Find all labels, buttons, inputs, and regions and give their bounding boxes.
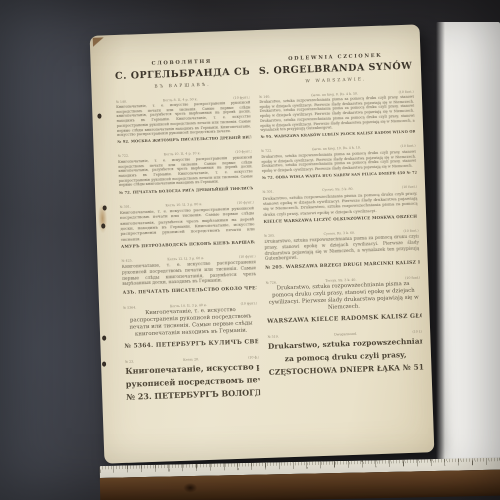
specimen-number: № 301. [262, 190, 273, 194]
foundry-city-ru: ВЪ ВАРШАВѢ. [115, 81, 249, 91]
russian-column: СЛОВОЛИТНЯ С. ОРГЕЛЬБРАНДА СЫНОВЕЙ ВЪ ВА… [115, 57, 263, 462]
specimen-weight-note: (10 funt.) [399, 89, 414, 94]
specimen-block: № 5364.Кегль 14. Ц. 3 р. 40 к.(10 фунт.)… [123, 301, 259, 350]
specimen-paragraph: Книгопечатаніе, т. е. искусство распрост… [123, 306, 258, 339]
specimen-size-price: Tercya. Rs. 3 k. 40. [325, 277, 356, 282]
specimen-weight-note: (10 funt.) [402, 185, 417, 190]
specimen-weight-note: (10 funt.) [403, 229, 418, 234]
specimen-number: № 726. [266, 280, 277, 284]
specimen-size-price: Кегль 10. Ц. 4 р. 10 к. [164, 152, 201, 157]
left-column-blocks: № 140.Кегль 8. Ц. 4 р. 50 к.(10 фунт.)Кн… [116, 95, 261, 414]
specimen-size-price: Cycero. Rs. 3 k. 80. [322, 187, 354, 192]
specimen-size-price: Cycero. Rs. 3 k. 60. [324, 231, 356, 236]
specimen-number: № 23. [125, 359, 134, 363]
specimen-number: № 205. [264, 234, 275, 238]
specimen-size-price: Кегль 14. Ц. 3 р. 40 к. [170, 303, 207, 308]
polish-column: ODLEWNIA CZCIONEK S. ORGELBRANDA SYNÓW W… [258, 52, 427, 458]
specimen-paragraph: Drukarstwo, sztuka rozpowszechniania pis… [263, 190, 418, 217]
specimen-paragraph: Drukarstwo, sztuka rozpowszechniania pis… [266, 281, 422, 314]
specimen-size-price: Кегль 8. Ц. 4 р. 50 к. [163, 97, 198, 102]
specimen-block: № 425.Кегль 12. Ц. 3 р. 60 к.(10 фунт.)К… [121, 255, 257, 296]
specimen-weight-note: (10 f.) [412, 329, 422, 333]
specimen-weight-note: (10 funt.) [400, 144, 415, 149]
specimen-paragraph: Drukarstwo, sztuka rozpowszechniania pis… [261, 149, 416, 173]
specimen-weight-note: (10 фунт.) [235, 150, 252, 155]
specimen-block: № 140.Кегль 8. Ц. 4 р. 50 к.(10 фунт.)Кн… [116, 95, 252, 145]
specimen-number: № 519. [268, 334, 279, 338]
specimen-paragraph: Книгопечатаніе, т. е. искусство распрост… [118, 155, 253, 188]
polish-column-header: ODLEWNIA CZCIONEK S. ORGELBRANDA SYNÓW W… [258, 52, 414, 86]
specimen-weight-note: (10 фунт.) [239, 255, 256, 260]
specimen-caps-line: № 5364. ПЕТЕРБУРГЪ КУЛИЧЪ СВЕРШЕНІЕ ЛОВК… [124, 338, 259, 350]
specimen-number: № 140. [259, 94, 270, 98]
specimen-weight-note: (10 ф.) [248, 355, 259, 359]
wooden-ruler [100, 457, 500, 500]
specimen-size-price: Кегль 10. Ц. 3 р. 80 к. [165, 202, 202, 207]
foundry-name-pl: S. ORGELBRANDA SYNÓW [258, 61, 413, 77]
specimen-size-price: Кегль 12. Ц. 3 р. 60 к. [167, 256, 204, 261]
specimen-block: № 301.Cycero. Rs. 3 k. 80.(10 funt.)Druk… [262, 185, 418, 225]
specimen-size-price: Кегль 20. [183, 357, 199, 362]
specimen-number: № 140. [116, 99, 127, 103]
specimen-block: № 726.Tercya. Rs. 3 k. 40.(10 funt.)Druk… [266, 275, 422, 324]
white-background-strip [436, 22, 500, 468]
specimen-block: № 205.Cycero. Rs. 3 k. 60.(10 funt.)Druk… [264, 229, 420, 271]
right-column-blocks: № 140.Garm. na kieg. 8. Rs. 4 k. 50.(10 … [259, 89, 424, 389]
specimen-weight-note: (10 фунт.) [233, 95, 250, 100]
specimen-block: № 722.Garm. na kieg. 10. Rs. 4 k. 10.(10… [261, 144, 417, 180]
russian-column-header: СЛОВОЛИТНЯ С. ОРГЕЛЬБРАНДА СЫНОВЕЙ ВЪ ВА… [115, 57, 250, 90]
specimen-page: СЛОВОЛИТНЯ С. ОРГЕЛЬБРАНДА СЫНОВЕЙ ВЪ ВА… [90, 24, 435, 463]
photo-frame: СЛОВОЛИТНЯ С. ОРГЕЛЬБРАНДА СЫНОВЕЙ ВЪ ВА… [0, 0, 500, 500]
specimen-size-price: Dwugarmond. [334, 331, 357, 336]
specimen-weight-note: (10 фунт.) [240, 301, 257, 306]
foundry-city-pl: W WARSZAWIE. [259, 75, 414, 85]
specimen-block: № 23.Кегль 20.(10 ф.)Книгопечатаніе, иск… [125, 355, 261, 404]
specimen-block: № 140.Garm. na kieg. 8. Rs. 4 k. 50.(10 … [259, 89, 415, 139]
specimen-paragraph: Книгопечатаніе, т. е. искусство распрост… [122, 260, 257, 288]
specimen-paragraph: Drukarstwo, sztuka rozpowszechniania pis… [264, 234, 419, 263]
specimen-caps-line: WARSZAWA KIELCE RADOMSK KALISZ GŁOWNE OD… [267, 312, 422, 324]
specimen-number: № 301. [120, 204, 131, 208]
specimen-paragraph: Книгопечатаніе, т. е. искусство распрост… [116, 100, 251, 138]
specimen-block: № 301.Кегль 10. Ц. 3 р. 80 к.(10 фунт.)К… [120, 200, 256, 249]
specimen-weight-note: (10 funt.) [405, 275, 420, 280]
specimen-number: № 722. [118, 154, 129, 158]
specimen-number: № 425. [121, 259, 132, 263]
specimen-paragraph: Drukarstwo, sztuka rozpowszechniania pis… [259, 95, 415, 133]
foundry-name-ru: С. ОРГЕЛЬБРАНДА СЫНОВЕЙ [115, 66, 250, 82]
page-content: СЛОВОЛИТНЯ С. ОРГЕЛЬБРАНДА СЫНОВЕЙ ВЪ ВА… [90, 24, 435, 463]
specimen-block: № 722.Кегль 10. Ц. 4 р. 10 к.(10 фунт.)К… [118, 150, 254, 195]
specimen-number: № 722. [261, 149, 272, 153]
specimen-weight-note: (10 фунт.) [237, 200, 254, 205]
specimen-block: № 519.Dwugarmond.(10 f.)Drukarstwo, sztu… [268, 329, 424, 379]
specimen-paragraph: Книгопечатаніе, т. е. искусство распрост… [120, 205, 255, 241]
specimen-number: № 5364. [123, 305, 136, 309]
